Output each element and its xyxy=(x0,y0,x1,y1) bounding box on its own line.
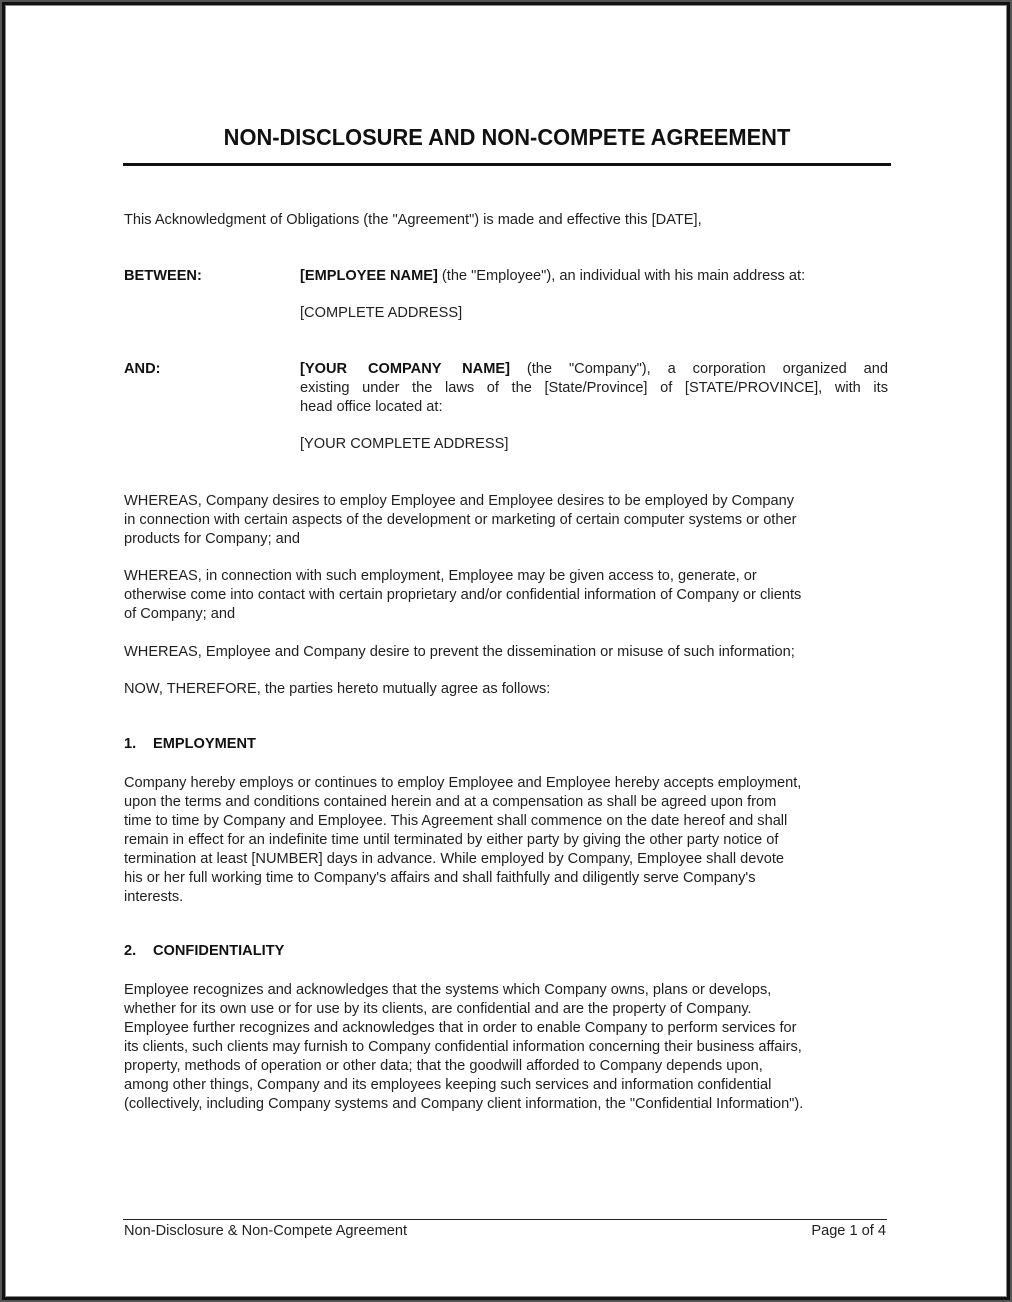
employee-name-placeholder: [EMPLOYEE NAME] xyxy=(300,268,438,284)
between-label: BETWEEN: xyxy=(124,267,202,286)
title-divider xyxy=(123,163,891,166)
section-1-body: Company hereby employs or continues to e… xyxy=(124,774,801,907)
section-1-heading: 1.EMPLOYMENT xyxy=(124,736,256,752)
recital-1: WHEREAS, Company desires to employ Emplo… xyxy=(124,492,796,549)
company-address: [YOUR COMPLETE ADDRESS] xyxy=(300,435,508,454)
and-label: AND: xyxy=(124,360,160,379)
recital-2: WHEREAS, in connection with such employm… xyxy=(124,567,801,624)
employee-address: [COMPLETE ADDRESS] xyxy=(300,304,462,323)
intro-paragraph: This Acknowledgment of Obligations (the … xyxy=(124,211,702,230)
recital-now-therefore: NOW, THEREFORE, the parties hereto mutua… xyxy=(124,680,550,699)
company-line-3: head office located at: xyxy=(300,398,888,417)
company-name-placeholder: [YOUR COMPANY NAME] xyxy=(300,361,510,377)
section-1-title: EMPLOYMENT xyxy=(153,736,256,752)
recital-3: WHEREAS, Employee and Company desire to … xyxy=(124,643,795,662)
employee-party: [EMPLOYEE NAME] (the "Employee"), an ind… xyxy=(300,267,805,286)
footer-document-name: Non-Disclosure & Non-Compete Agreement xyxy=(124,1223,407,1239)
section-2-number: 2. xyxy=(124,943,153,959)
company-line-1: [YOUR COMPANY NAME] (the "Company"), a c… xyxy=(300,360,888,379)
footer-page-number: Page 1 of 4 xyxy=(811,1223,886,1239)
document-title: NON-DISCLOSURE AND NON-COMPETE AGREEMENT xyxy=(150,124,864,151)
company-party: [YOUR COMPANY NAME] (the "Company"), a c… xyxy=(300,360,888,417)
section-2-body: Employee recognizes and acknowledges tha… xyxy=(124,981,803,1114)
section-1-number: 1. xyxy=(124,736,153,752)
employee-description: (the "Employee"), an individual with his… xyxy=(438,268,805,284)
company-line-2: existing under the laws of the [State/Pr… xyxy=(300,379,888,398)
footer-divider xyxy=(123,1219,887,1220)
section-2-title: CONFIDENTIALITY xyxy=(153,943,284,959)
section-2-heading: 2.CONFIDENTIALITY xyxy=(124,943,284,959)
document-page: NON-DISCLOSURE AND NON-COMPETE AGREEMENT… xyxy=(0,0,1012,1302)
